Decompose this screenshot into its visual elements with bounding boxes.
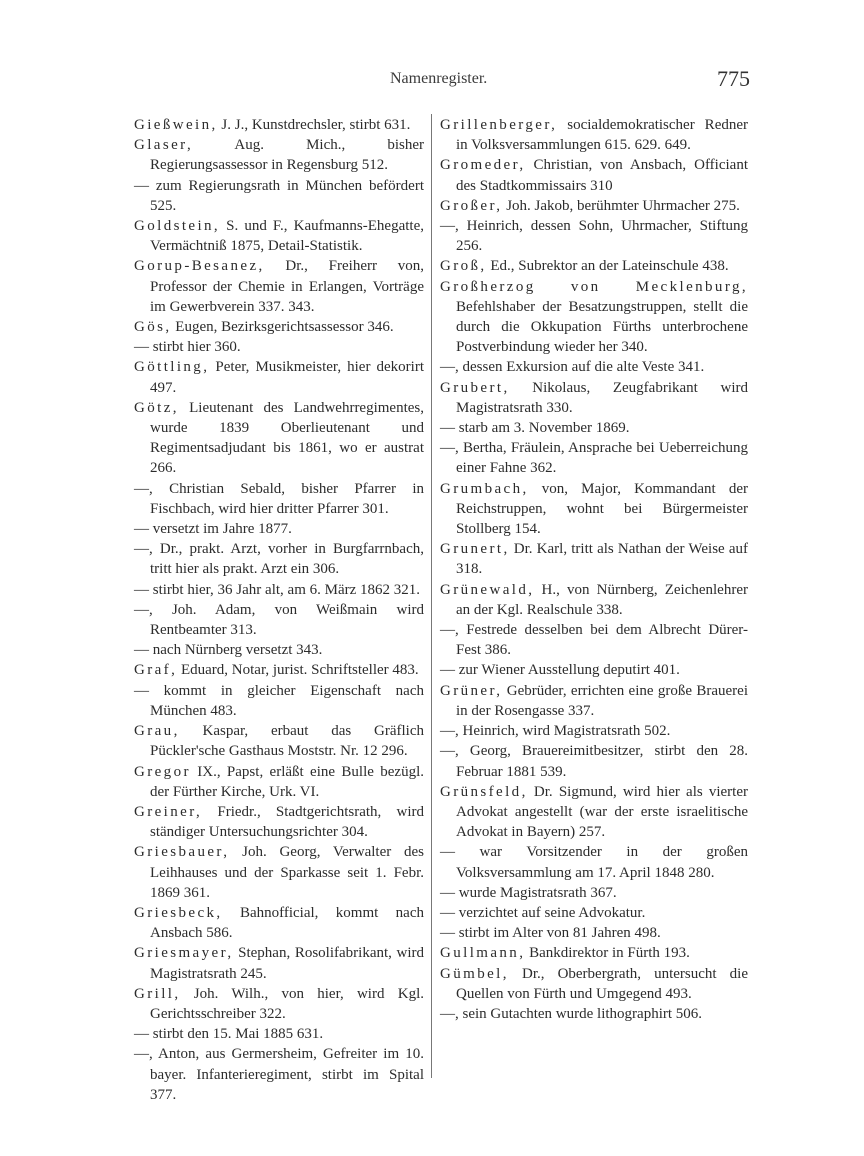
- entry-name: Gümbel,: [440, 966, 509, 982]
- entry-text: —, dessen Exkursion auf die alte Veste 3…: [440, 359, 704, 375]
- index-subentry: —, Heinrich, wird Magistratsrath 502.: [440, 721, 748, 741]
- index-entry: Göttling, Peter, Musikmeister, hier deko…: [134, 357, 424, 397]
- index-subentry: —, Anton, aus Germersheim, Gefreiter im …: [134, 1044, 424, 1105]
- entry-name: Göttling,: [134, 359, 209, 375]
- entry-text: — starb am 3. November 1869.: [440, 420, 630, 436]
- index-subentry: —, Bertha, Fräulein, Ansprache bei Ueber…: [440, 438, 748, 478]
- index-entry: Grill, Joh. Wilh., von hier, wird Kgl. G…: [134, 984, 424, 1024]
- index-entry: Gullmann, Bankdirektor in Fürth 193.: [440, 943, 748, 963]
- index-entry: Greiner, Friedr., Stadtgerichtsrath, wir…: [134, 802, 424, 842]
- index-subentry: — versetzt im Jahre 1877.: [134, 519, 424, 539]
- index-entry: Grillenberger, socialdemokratischer Redn…: [440, 115, 748, 155]
- index-entry: Grubert, Nikolaus, Zeugfabrikant wird Ma…: [440, 378, 748, 418]
- entry-name: Groß,: [440, 258, 487, 274]
- entry-text: — verzichtet auf seine Advokatur.: [440, 905, 645, 921]
- index-entry: Götz, Lieutenant des Landwehrregimentes,…: [134, 398, 424, 479]
- index-entry: Goldstein, S. und F., Kaufmanns-Ehegatte…: [134, 216, 424, 256]
- index-column-left: Gießwein, J. J., Kunstdrechsler, stirbt …: [134, 115, 424, 1105]
- entry-name: Götz,: [134, 400, 179, 416]
- index-entry: Grünsfeld, Dr. Sigmund, wird hier als vi…: [440, 782, 748, 843]
- entry-text: — stirbt hier 360.: [134, 339, 241, 355]
- column-divider: [431, 114, 432, 1078]
- entry-name: Griesbauer,: [134, 844, 229, 860]
- entry-name: Grillenberger,: [440, 117, 557, 133]
- entry-name: Grünewald,: [440, 582, 534, 598]
- entry-name: Griesmayer,: [134, 945, 234, 961]
- entry-text: — stirbt den 15. Mai 1885 631.: [134, 1026, 323, 1042]
- index-entry: Gorup-Besanez, Dr., Freiherr von, Profes…: [134, 256, 424, 317]
- entry-name: Gös,: [134, 319, 172, 335]
- index-entry: Grumbach, von, Major, Kommandant der Rei…: [440, 479, 748, 540]
- entry-name: Gorup-Besanez,: [134, 258, 265, 274]
- entry-text: —, Anton, aus Germersheim, Gefreiter im …: [134, 1046, 424, 1102]
- index-subentry: —, Joh. Adam, von Weißmain wird Rentbeam…: [134, 600, 424, 640]
- index-subentry: — wurde Magistratsrath 367.: [440, 883, 748, 903]
- entry-text: —, Christian Sebald, bisher Pfarrer in F…: [134, 481, 424, 517]
- index-entry: Groß, Ed., Subrektor an der Lateinschule…: [440, 256, 748, 276]
- entry-name: Gregor: [134, 764, 191, 780]
- page-header: Namenregister. 775: [132, 70, 750, 100]
- entry-text: — stirbt hier, 36 Jahr alt, am 6. März 1…: [134, 582, 420, 598]
- entry-name: Griesbeck,: [134, 905, 223, 921]
- index-entry: Gießwein, J. J., Kunstdrechsler, stirbt …: [134, 115, 424, 135]
- entry-name: Gießwein,: [134, 117, 218, 133]
- index-subentry: — stirbt hier 360.: [134, 337, 424, 357]
- entry-name: Goldstein,: [134, 218, 220, 234]
- index-entry: Glaser, Aug. Mich., bisher Regierungsass…: [134, 135, 424, 175]
- entry-text: —, Bertha, Fräulein, Ansprache bei Ueber…: [440, 440, 748, 476]
- index-entry: Grau, Kaspar, erbaut das Gräflich Pückle…: [134, 721, 424, 761]
- entry-text: Bankdirektor in Fürth 193.: [525, 945, 690, 961]
- index-subentry: — zum Regierungsrath in München beförder…: [134, 176, 424, 216]
- entry-name: Gromeder,: [440, 157, 526, 173]
- index-entry: Grünewald, H., von Nürnberg, Zeichenlehr…: [440, 580, 748, 620]
- entry-name: Grubert,: [440, 380, 510, 396]
- entry-text: Eduard, Notar, jurist. Schriftsteller 48…: [177, 662, 418, 678]
- entry-name: Großer,: [440, 198, 502, 214]
- index-subentry: —, dessen Exkursion auf die alte Veste 3…: [440, 357, 748, 377]
- entry-text: — stirbt im Alter von 81 Jahren 498.: [440, 925, 661, 941]
- index-subentry: —, Georg, Brauereimitbesitzer, stirbt de…: [440, 741, 748, 781]
- index-entry: Griesbeck, Bahnofficial, kommt nach Ansb…: [134, 903, 424, 943]
- entry-text: J. J., Kunstdrechsler, stirbt 631.: [218, 117, 411, 133]
- entry-text: —, Dr., prakt. Arzt, vorher in Burgfarrn…: [134, 541, 424, 577]
- entry-name: Grüner,: [440, 683, 502, 699]
- index-entry: Griesmayer, Stephan, Rosolifabrikant, wi…: [134, 943, 424, 983]
- index-entry: Großer, Joh. Jakob, berühmter Uhrmacher …: [440, 196, 748, 216]
- entry-text: IX., Papst, erläßt eine Bulle bezügl. de…: [150, 764, 424, 800]
- entry-name: Grünsfeld,: [440, 784, 528, 800]
- entry-text: — zum Regierungsrath in München beförder…: [134, 178, 424, 214]
- index-entry: Gromeder, Christian, von Ansbach, Offici…: [440, 155, 748, 195]
- index-subentry: — starb am 3. November 1869.: [440, 418, 748, 438]
- entry-name: Grumbach,: [440, 481, 529, 497]
- entry-name: Grill,: [134, 986, 180, 1002]
- entry-text: —, Heinrich, dessen Sohn, Uhrmacher, Sti…: [440, 218, 748, 254]
- index-subentry: — war Vorsitzender in der großen Volksve…: [440, 842, 748, 882]
- entry-text: Joh. Jakob, berühmter Uhrmacher 275.: [502, 198, 739, 214]
- entry-text: —, sein Gutachten wurde lithographirt 50…: [440, 1006, 702, 1022]
- entry-text: —, Joh. Adam, von Weißmain wird Rentbeam…: [134, 602, 424, 638]
- entry-name: Graf,: [134, 662, 177, 678]
- entry-text: —, Heinrich, wird Magistratsrath 502.: [440, 723, 670, 739]
- entry-name: Großherzog von Mecklenburg,: [440, 279, 748, 295]
- index-subentry: — stirbt den 15. Mai 1885 631.: [134, 1024, 424, 1044]
- entry-text: —, Georg, Brauereimitbesitzer, stirbt de…: [440, 743, 748, 779]
- index-entry: Gregor IX., Papst, erläßt eine Bulle bez…: [134, 762, 424, 802]
- entry-text: — versetzt im Jahre 1877.: [134, 521, 292, 537]
- entry-text: — nach Nürnberg versetzt 343.: [134, 642, 322, 658]
- index-column-right: Grillenberger, socialdemokratischer Redn…: [440, 115, 748, 1024]
- index-entry: Grüner, Gebrüder, errichten eine große B…: [440, 681, 748, 721]
- index-subentry: — verzichtet auf seine Advokatur.: [440, 903, 748, 923]
- index-entry: Gümbel, Dr., Oberbergrath, untersucht di…: [440, 964, 748, 1004]
- entry-text: Joh. Wilh., von hier, wird Kgl. Gerichts…: [150, 986, 424, 1022]
- entry-name: Greiner,: [134, 804, 202, 820]
- index-subentry: — zur Wiener Ausstellung deputirt 401.: [440, 660, 748, 680]
- entry-name: Grau,: [134, 723, 180, 739]
- index-subentry: —, Heinrich, dessen Sohn, Uhrmacher, Sti…: [440, 216, 748, 256]
- entry-text: — kommt in gleicher Eigenschaft nach Mün…: [134, 683, 424, 719]
- index-entry: Grunert, Dr. Karl, tritt als Nathan der …: [440, 539, 748, 579]
- index-entry: Griesbauer, Joh. Georg, Verwalter des Le…: [134, 842, 424, 903]
- entry-text: — zur Wiener Ausstellung deputirt 401.: [440, 662, 680, 678]
- index-subentry: — nach Nürnberg versetzt 343.: [134, 640, 424, 660]
- entry-text: Eugen, Bezirksgerichtsassessor 346.: [172, 319, 394, 335]
- entry-text: Befehlshaber der Besatzungstruppen, stel…: [456, 299, 748, 355]
- index-subentry: —, Dr., prakt. Arzt, vorher in Burgfarrn…: [134, 539, 424, 579]
- index-subentry: —, Festrede desselben bei dem Albrecht D…: [440, 620, 748, 660]
- page-number: 775: [717, 66, 750, 92]
- entry-name: Gullmann,: [440, 945, 525, 961]
- running-title: Namenregister.: [390, 70, 487, 88]
- entry-text: Lieutenant des Landwehrregimentes, wurde…: [150, 400, 424, 477]
- index-subentry: —, Christian Sebald, bisher Pfarrer in F…: [134, 479, 424, 519]
- index-subentry: —, sein Gutachten wurde lithographirt 50…: [440, 1004, 748, 1024]
- entry-text: — wurde Magistratsrath 367.: [440, 885, 617, 901]
- index-subentry: — stirbt hier, 36 Jahr alt, am 6. März 1…: [134, 580, 424, 600]
- entry-text: — war Vorsitzender in der großen Volksve…: [440, 844, 748, 880]
- entry-name: Grunert,: [440, 541, 510, 557]
- entry-text: —, Festrede desselben bei dem Albrecht D…: [440, 622, 748, 658]
- index-entry: Graf, Eduard, Notar, jurist. Schriftstel…: [134, 660, 424, 680]
- index-subentry: — kommt in gleicher Eigenschaft nach Mün…: [134, 681, 424, 721]
- entry-name: Glaser,: [134, 137, 193, 153]
- index-subentry: — stirbt im Alter von 81 Jahren 498.: [440, 923, 748, 943]
- index-entry: Gös, Eugen, Bezirksgerichtsassessor 346.: [134, 317, 424, 337]
- index-entry: Großherzog von Mecklenburg, Befehlshaber…: [440, 277, 748, 358]
- entry-text: Kaspar, erbaut das Gräflich Pückler'sche…: [150, 723, 424, 759]
- entry-text: Ed., Subrektor an der Lateinschule 438.: [487, 258, 729, 274]
